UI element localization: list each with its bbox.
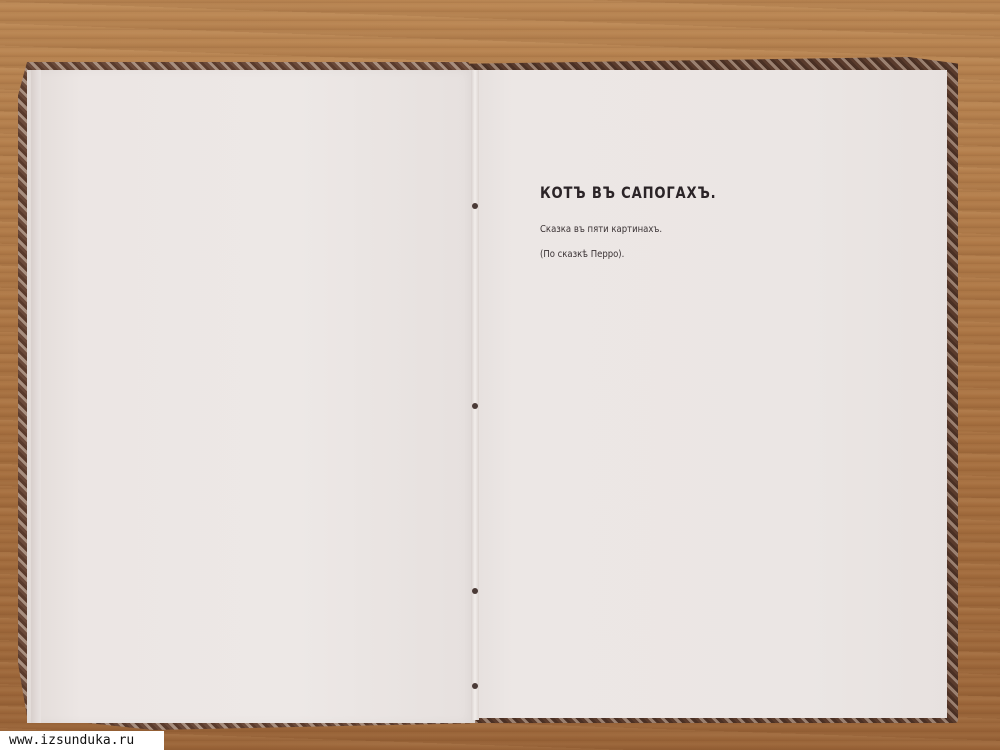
book-note: (По сказкѣ Перро). [540,249,723,260]
right-page-title [475,70,947,718]
watermark: www.izsunduka.ru [0,731,164,750]
binding-stitch [472,403,478,409]
left-page-blank [27,70,475,723]
book-title: КОТЪ ВЪ САПОГАХЪ. [540,183,716,202]
book-spine-gutter [471,70,479,720]
title-block: КОТЪ ВЪ САПОГАХЪ. Сказка въ пяти картина… [540,183,755,260]
page-edge [31,70,41,723]
binding-stitch [472,683,478,689]
binding-stitch [472,588,478,594]
binding-stitch [472,203,478,209]
book-subtitle: Сказка въ пяти картинахъ. [540,224,723,235]
